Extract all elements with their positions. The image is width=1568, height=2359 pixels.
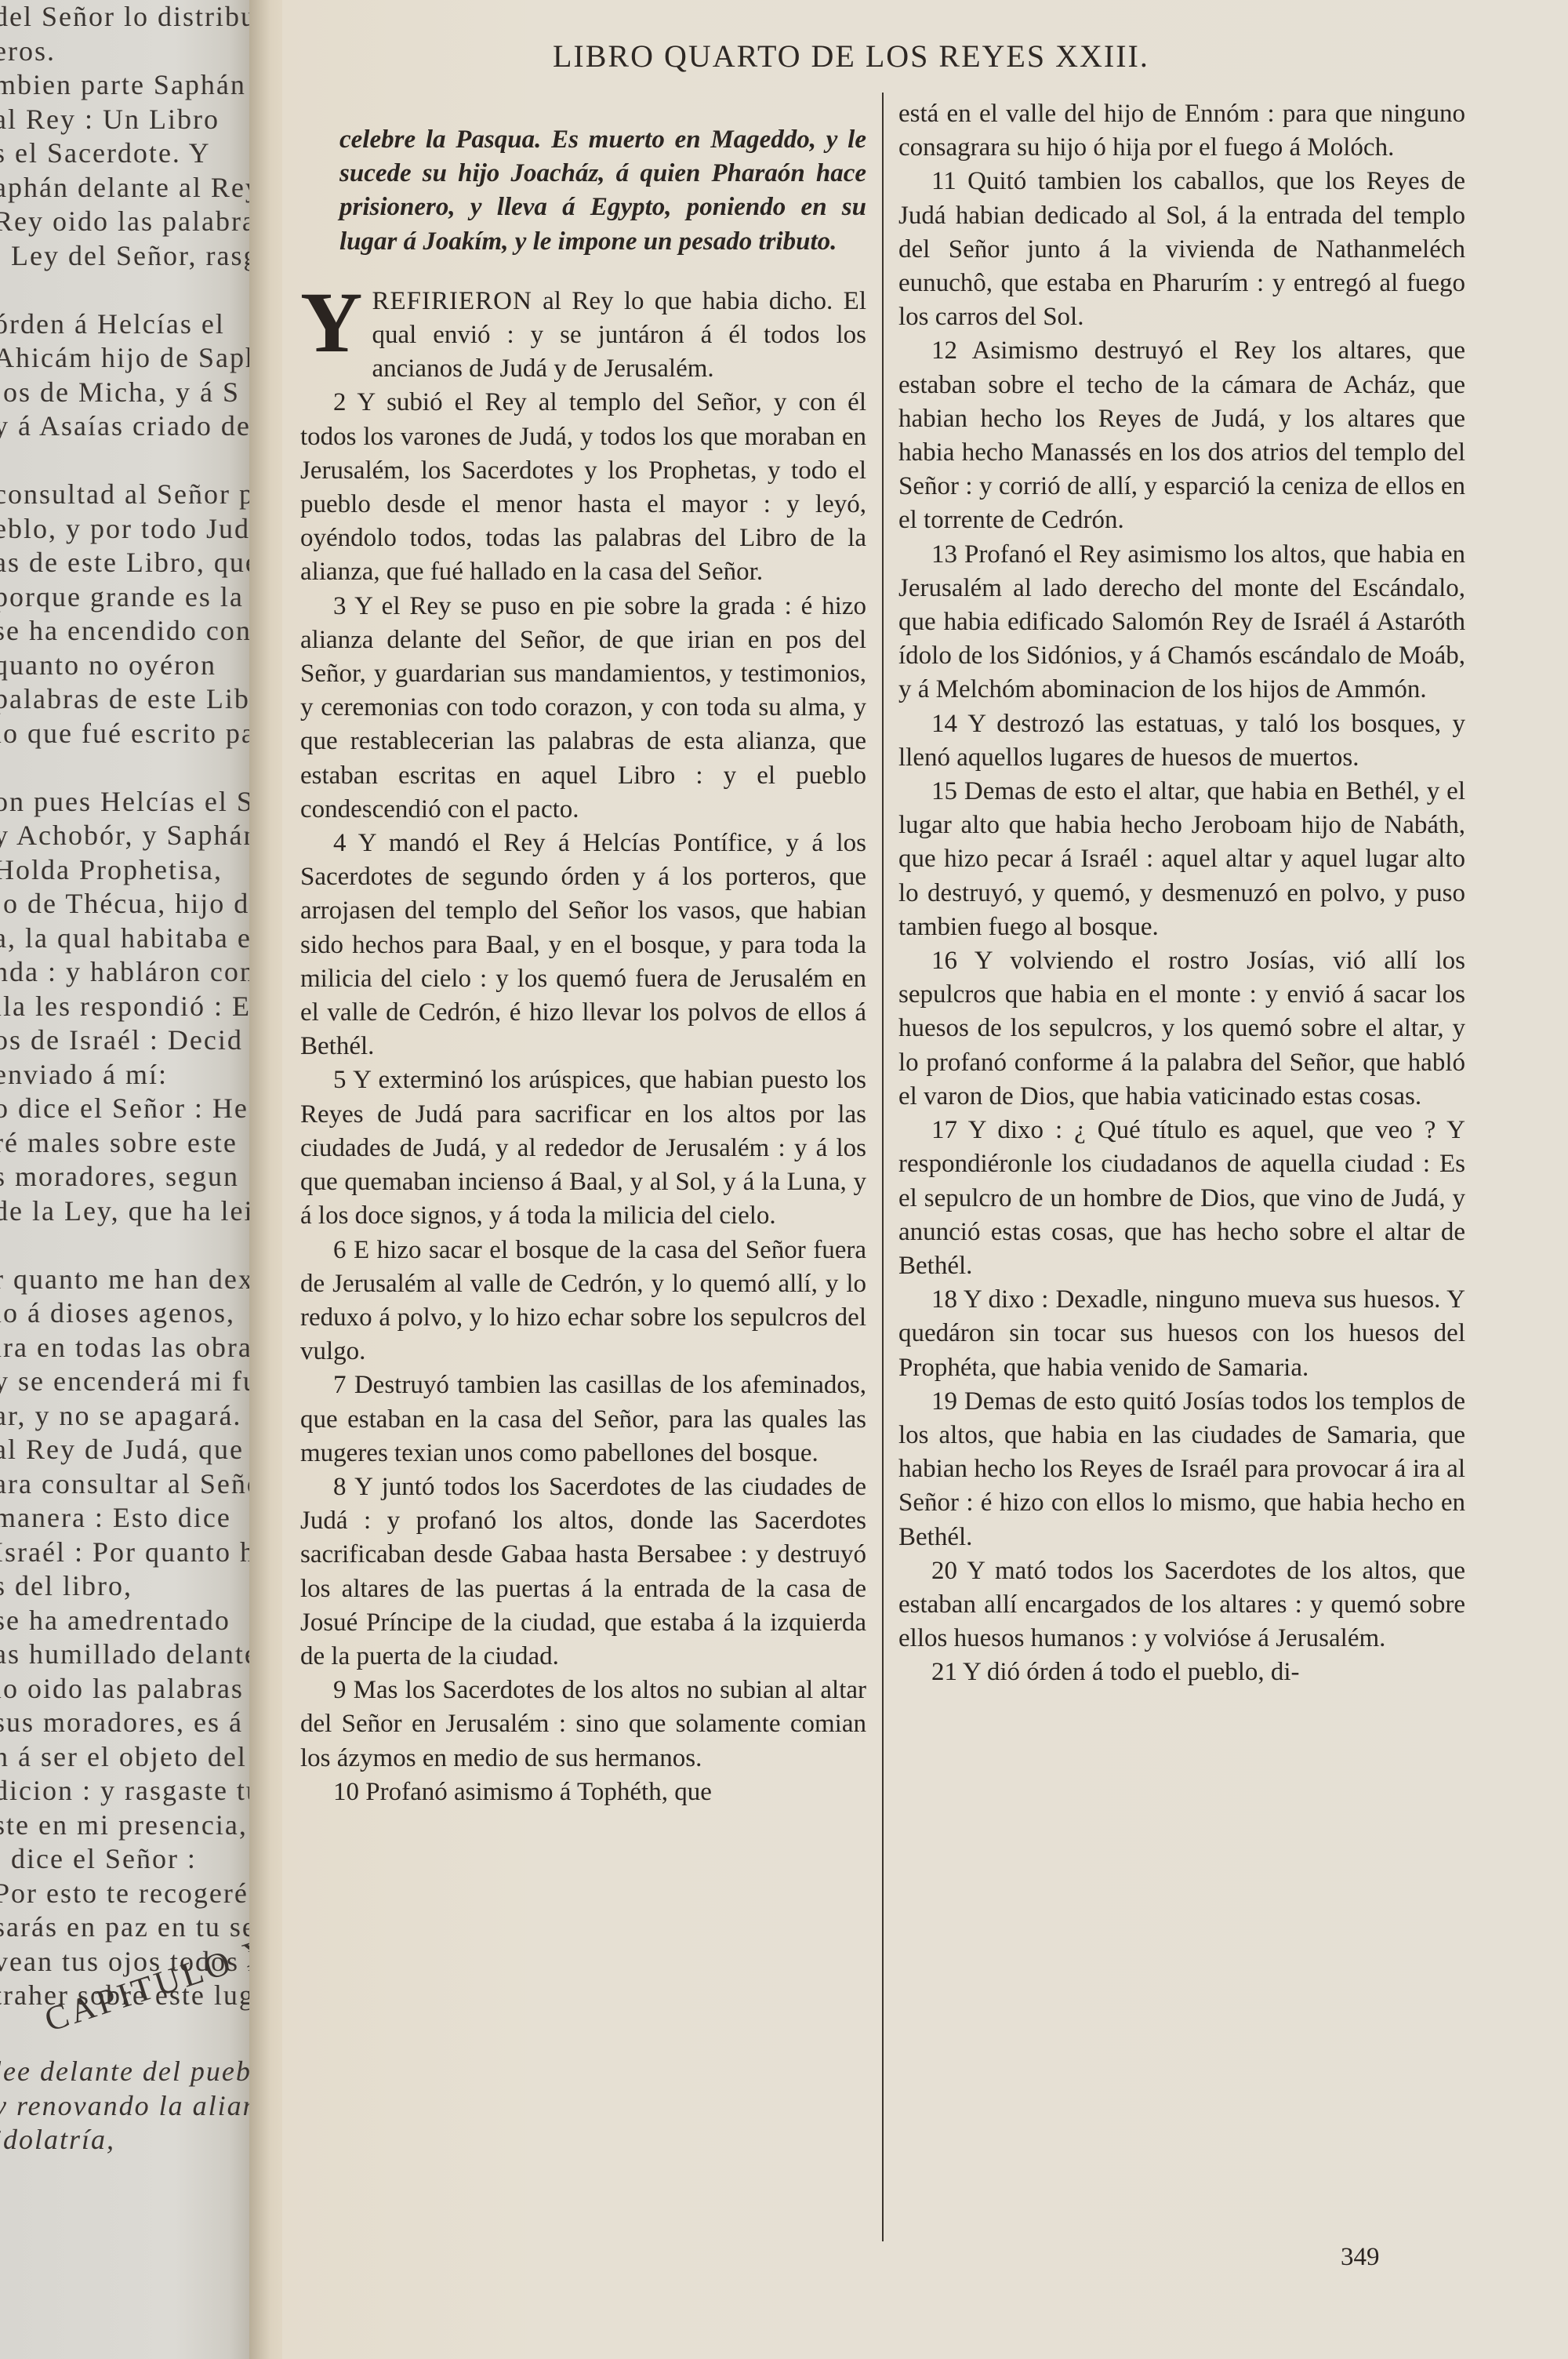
running-head: LIBRO QUARTO DE LOS REYES XXIII.: [553, 38, 1149, 75]
verse-10: 10 Profanó asimismo á Tophéth, que: [300, 1776, 866, 1809]
left-page-line: consultad al Señor p: [0, 478, 249, 512]
verse-number: 18: [931, 1285, 964, 1314]
left-page-line: enviado á mí:: [0, 1058, 249, 1092]
verse-1: Y REFIRIERON al Rey lo que habia dicho. …: [300, 285, 866, 387]
verse-10-continuation: está en el valle del hijo de Ennóm : par…: [898, 97, 1465, 165]
left-page-line: os de Israél : Decid: [0, 1023, 249, 1058]
verse-number: 17: [931, 1116, 968, 1144]
left-page-line: Por esto te recogeré á: [0, 1877, 249, 1911]
left-page-line: lo oido las palabras: [0, 1672, 249, 1707]
left-page-line: y se encenderá mi fu: [0, 1365, 249, 1399]
column-divider: [882, 93, 884, 2241]
left-page-line: se ha amedrentado: [0, 1604, 249, 1638]
left-page-line: nda : y habláron con: [0, 955, 249, 990]
left-page-line: on pues Helcías el Sa: [0, 785, 249, 820]
left-page-line: sarás en paz en tu sepul: [0, 1910, 249, 1945]
left-page-line: ar, y no se apagará.: [0, 1399, 249, 1434]
left-page-line: y á Asaías criado de: [0, 409, 249, 444]
verse-number: 19: [931, 1387, 964, 1416]
verse-number: 9: [333, 1676, 354, 1704]
verse-text: Profanó el Rey asimismo los altos, que h…: [898, 540, 1465, 704]
verse-text: Y destrozó las estatuas, y taló los bosq…: [898, 710, 1465, 772]
left-page-line: sus moradores, es á: [0, 1706, 249, 1740]
verse-text: Y el Rey se puso en pie sobre la grada :…: [300, 592, 866, 823]
verse-text: Y mandó el Rey á Helcías Pontífice, y á …: [300, 829, 866, 1060]
left-page-line: ré males sobre este: [0, 1126, 249, 1161]
verse-14: 14 Y destrozó las estatuas, y taló los b…: [898, 707, 1465, 775]
verse-number: 10: [333, 1778, 365, 1806]
verse-text: Profanó asimismo á Tophéth, que: [365, 1778, 712, 1806]
verse-text: Y dixo : ¿ Qué título es aquel, que veo …: [898, 1116, 1465, 1280]
verse-number: 11: [931, 167, 967, 195]
left-page-line: órden á Helcías el: [0, 307, 249, 342]
right-verse-list: 11 Quitó tambien los caballos, que los R…: [898, 165, 1465, 1689]
verse-text: Y subió el Rey al templo del Señor, y co…: [300, 388, 866, 586]
verse-16: 16 Y volviendo el rostro Josías, vió all…: [898, 944, 1465, 1114]
left-chapter-summary-line: y renovando la alianza: [0, 2089, 249, 2124]
verse-6: 6 E hizo sacar el bosque de la casa del …: [300, 1234, 866, 1369]
left-page-line: [0, 273, 249, 307]
left-page-line: Ahicám hijo de Saphán: [0, 341, 249, 376]
verse-5: 5 Y exterminó los arúspices, que habian …: [300, 1063, 866, 1233]
verse-number: 21: [931, 1658, 963, 1686]
left-page-line: s el Sacerdote. Y: [0, 136, 249, 171]
verse-text: Asimismo destruyó el Rey los altares, qu…: [898, 336, 1465, 534]
column-right: está en el valle del hijo de Ennóm : par…: [898, 97, 1465, 1690]
verse-text: Y volviendo el rostro Josías, vió allí l…: [898, 947, 1465, 1110]
left-page-line: Rey oido las palabras: [0, 205, 249, 239]
verse-number: 3: [333, 592, 354, 620]
verse-15: 15 Demas de esto el altar, que habia en …: [898, 775, 1465, 944]
verse-4: 4 Y mandó el Rey á Helcías Pontífice, y …: [300, 827, 866, 1063]
left-page-line: al Rey : Un Libro: [0, 103, 249, 137]
left-page-line: r quanto me han dexa: [0, 1263, 249, 1297]
verse-19: 19 Demas de esto quitó Josías todos los …: [898, 1385, 1465, 1554]
column-left: celebre la Pasqua. Es muerto en Mageddo,…: [300, 97, 866, 1809]
left-page-line: lla les respondió : Est: [0, 990, 249, 1024]
left-page-line: se ha encendido contra: [0, 614, 249, 649]
left-page-line: . Ley del Señor, rasg: [0, 239, 249, 274]
verse-number: 20: [931, 1557, 967, 1585]
verse-number: 15: [931, 777, 964, 805]
left-page-line: eros.: [0, 35, 249, 69]
left-page-line: Holda Prophetisa,: [0, 853, 249, 888]
verse-11: 11 Quitó tambien los caballos, que los R…: [898, 165, 1465, 334]
left-chapter-summary-line: idolatría,: [0, 2123, 249, 2157]
verse-number: 4: [333, 829, 358, 857]
left-page-line: :: [0, 1228, 249, 1263]
left-page-line: [0, 444, 249, 478]
page-number: 349: [1341, 2243, 1380, 2272]
left-page-line: ara consultar al Señor,: [0, 1467, 249, 1502]
left-page-line: dicion : y rasgaste tus: [0, 1774, 249, 1808]
verse-2: 2 Y subió el Rey al templo del Señor, y …: [300, 386, 866, 589]
left-page-line: ste en mi presencia, yo: [0, 1808, 249, 1843]
left-page-line: lo á dioses agenos,: [0, 1296, 249, 1331]
verse-12: 12 Asimismo destruyó el Rey los altares,…: [898, 334, 1465, 537]
left-page-line: o dice el Señor : He: [0, 1092, 249, 1126]
verse-number: 2: [333, 388, 357, 416]
left-page-line: manera : Esto dice: [0, 1501, 249, 1536]
drop-cap: Y: [300, 289, 362, 355]
left-page-line: n á ser el objeto del: [0, 1740, 249, 1775]
verse-3: 3 Y el Rey se puso en pie sobre la grada…: [300, 590, 866, 827]
left-page-line: del Señor lo distribu: [0, 0, 249, 35]
left-page-line: palabras de este Libro: [0, 682, 249, 717]
left-page-line: al Rey de Judá, que: [0, 1433, 249, 1467]
left-page-line: eblo, y por todo Judá: [0, 512, 249, 547]
left-page-line: [0, 751, 249, 785]
verse-text: Quitó tambien los caballos, que los Reye…: [898, 167, 1465, 331]
verse-number: 8: [333, 1473, 354, 1501]
left-page-line: s moradores, segun: [0, 1160, 249, 1194]
verse-7: 7 Destruyó tambien las casillas de los a…: [300, 1369, 866, 1470]
left-page-line: jo de Thécua, hijo de: [0, 887, 249, 921]
left-page-line: quanto no oyéron: [0, 649, 249, 683]
left-page-line: ira en todas las obras: [0, 1331, 249, 1365]
verse-text: Demas de esto el altar, que habia en Bet…: [898, 777, 1465, 941]
left-page-line: Israél : Por quanto has: [0, 1536, 249, 1570]
verse-text: Y mató todos los Sacerdotes de los altos…: [898, 1557, 1465, 1652]
verse-text: Destruyó tambien las casillas de los afe…: [300, 1371, 866, 1467]
verse-text: Y dió órden á todo el pueblo, di-: [963, 1658, 1300, 1686]
verse-13: 13 Profanó el Rey asimismo los altos, qu…: [898, 538, 1465, 707]
left-page-line: y Achobór, y Saphán,: [0, 819, 249, 853]
left-page-line: de la Ley, que ha leid: [0, 1194, 249, 1229]
verse-text: Mas los Sacerdotes de los altos no subia…: [300, 1676, 866, 1772]
chapter-summary: celebre la Pasqua. Es muerto en Mageddo,…: [300, 123, 866, 259]
verse-number: 16: [931, 947, 975, 975]
verse-text: Y juntó todos los Sacerdotes de las ciud…: [300, 1473, 866, 1670]
verse-20: 20 Y mató todos los Sacerdotes de los al…: [898, 1554, 1465, 1656]
verse-number: 12: [931, 336, 972, 365]
left-page-line: as humillado delante: [0, 1637, 249, 1672]
verse-9: 9 Mas los Sacerdotes de los altos no sub…: [300, 1674, 866, 1776]
verse-number: 6: [333, 1236, 354, 1264]
left-page-line: mbien parte Saphán: [0, 68, 249, 103]
left-page-line: s del libro,: [0, 1569, 249, 1604]
lead-caps: REFIRIERON: [372, 287, 532, 315]
left-page-text: del Señor lo distribueros.mbien parte Sa…: [0, 0, 249, 2157]
verse-8: 8 Y juntó todos los Sacerdotes de las ci…: [300, 1470, 866, 1674]
left-page-line: a, la qual habitaba en Je: [0, 921, 249, 956]
verse-number: 14: [931, 710, 967, 738]
verse-number: 5: [333, 1066, 353, 1094]
verse-17: 17 Y dixo : ¿ Qué título es aquel, que v…: [898, 1114, 1465, 1283]
left-page-line: jos de Micha, y á S: [0, 376, 249, 410]
verse-text: E hizo sacar el bosque de la casa del Se…: [300, 1236, 866, 1366]
left-page-line: , dice el Señor :: [0, 1842, 249, 1877]
left-verse-list: 2 Y subió el Rey al templo del Señor, y …: [300, 386, 866, 1809]
verse-21: 21 Y dió órden á todo el pueblo, di-: [898, 1656, 1465, 1689]
verse-text: Y exterminó los arúspices, que habian pu…: [300, 1066, 866, 1230]
left-facing-page: del Señor lo distribueros.mbien parte Sa…: [0, 0, 249, 2359]
left-page-line: aphán delante al Rey,: [0, 171, 249, 205]
verse-text: Y dixo : Dexadle, ninguno mueva sus hues…: [898, 1285, 1465, 1381]
verse-text: Demas de esto quitó Josías todos los tem…: [898, 1387, 1465, 1551]
verse-number: 7: [333, 1371, 354, 1399]
left-page-line: porque grande es la: [0, 580, 249, 615]
left-page-line: lo que fué escrito pa: [0, 717, 249, 751]
left-chapter-summary-line: lee delante del pueblo el: [0, 2055, 249, 2089]
left-page-line: as de este Libro, que: [0, 546, 249, 580]
verse-number: 13: [931, 540, 964, 569]
verse-18: 18 Y dixo : Dexadle, ninguno mueva sus h…: [898, 1283, 1465, 1385]
